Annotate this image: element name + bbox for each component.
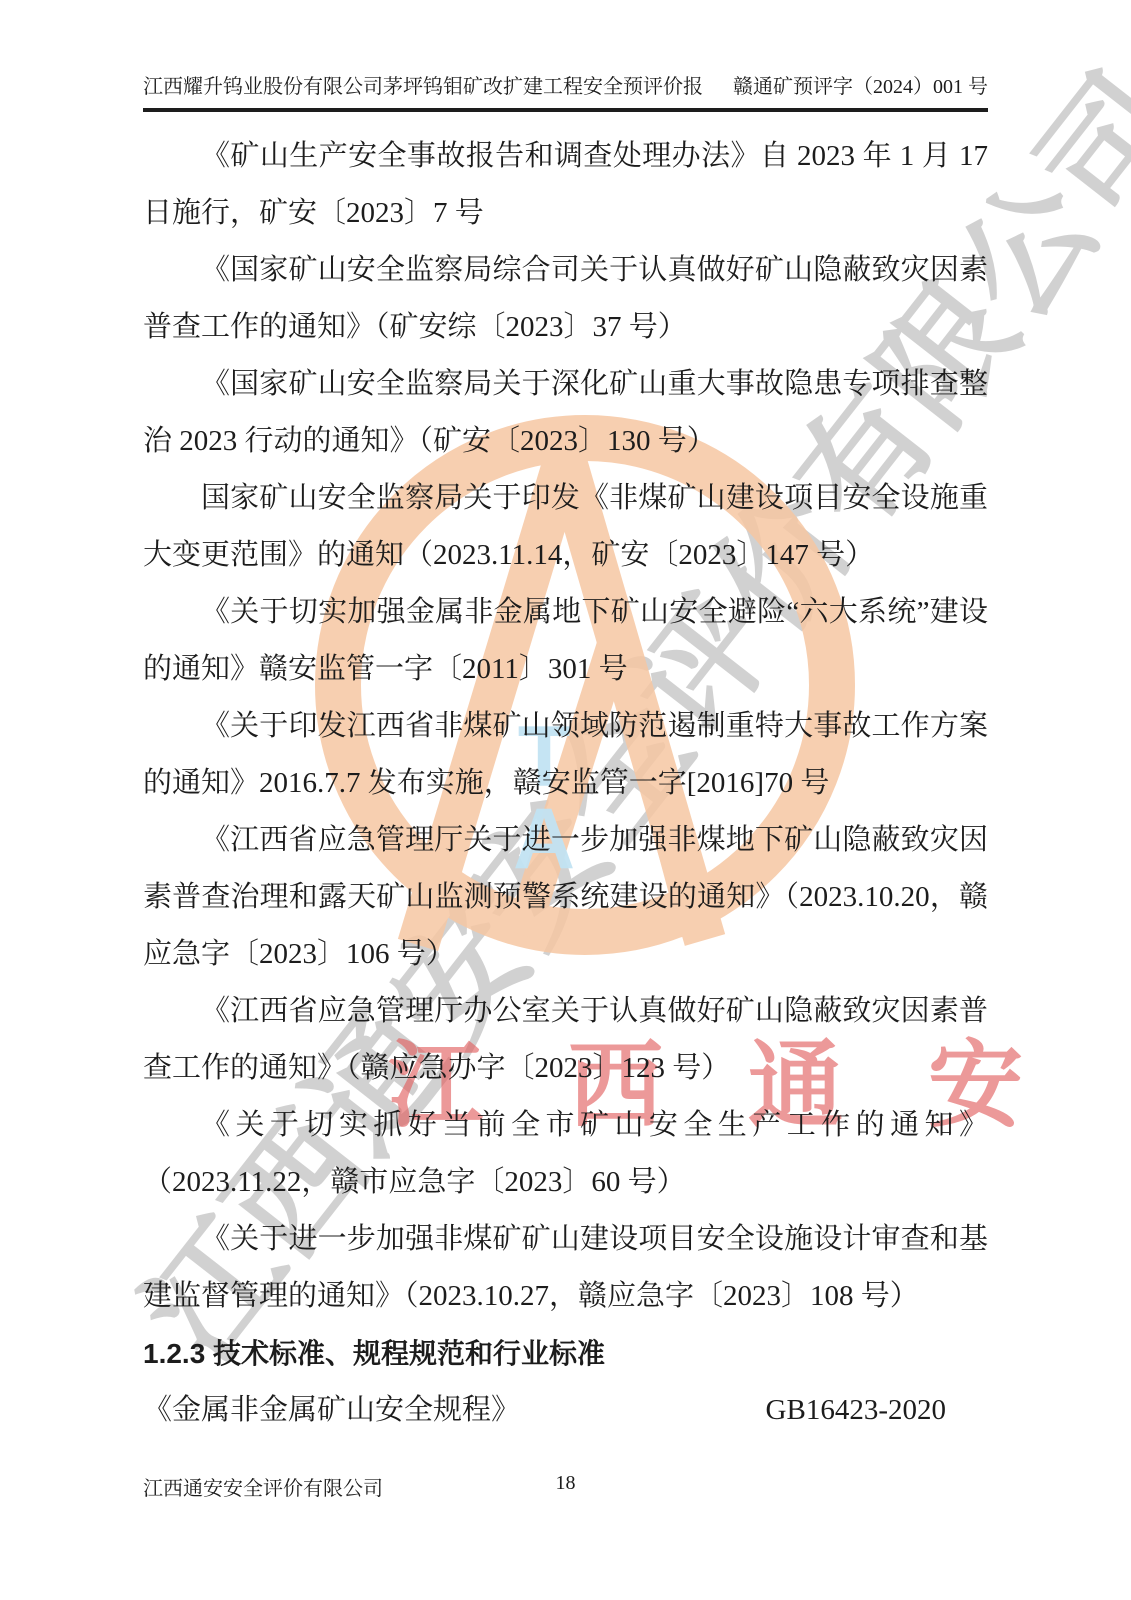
body-paragraph: 《关于切实抓好当前全市矿山安全生产工作的通知》（2023.11.22，赣市应急字… — [143, 1097, 988, 1211]
section-heading: 1.2.3 技术标准、规程规范和行业标准 — [143, 1325, 988, 1382]
body-paragraph: 《国家矿山安全监察局关于深化矿山重大事故隐患专项排查整治 2023 行动的通知》… — [143, 356, 988, 470]
body-paragraph: 《关于切实加强金属非金属地下矿山安全避险“六大系统”建设的通知》赣安监管一字〔2… — [143, 584, 988, 698]
body-paragraph: 《关于进一步加强非煤矿矿山建设项目安全设施设计审查和基建监督管理的通知》（202… — [143, 1211, 988, 1325]
body-paragraph: 《国家矿山安全监察局综合司关于认真做好矿山隐蔽致灾因素普查工作的通知》（矿安综〔… — [143, 242, 988, 356]
standard-name: 《金属非金属矿山安全规程》 — [143, 1382, 520, 1439]
header-report-title: 江西耀升钨业股份有限公司茅坪钨钼矿改扩建工程安全预评价报 — [143, 70, 703, 99]
page-number: 18 — [143, 1472, 988, 1495]
document-body: 《矿山生产安全事故报告和调查处理办法》自 2023 年 1 月 17 日施行，矿… — [143, 128, 988, 1439]
document-page: 江西通安安全评价有限公司 TA 江西通安 江西耀升钨业股份有限公司茅坪钨钼矿改扩… — [0, 0, 1131, 1600]
standard-row: 《金属非金属矿山安全规程》 GB16423-2020 — [143, 1382, 988, 1439]
standard-code: GB16423-2020 — [766, 1382, 988, 1439]
page-header: 江西耀升钨业股份有限公司茅坪钨钼矿改扩建工程安全预评价报 赣通矿预评字（2024… — [143, 70, 988, 112]
body-paragraph: 《矿山生产安全事故报告和调查处理办法》自 2023 年 1 月 17 日施行，矿… — [143, 128, 988, 242]
body-paragraph: 《江西省应急管理厅办公室关于认真做好矿山隐蔽致灾因素普查工作的通知》（赣应急办字… — [143, 983, 988, 1097]
body-paragraph: 《江西省应急管理厅关于进一步加强非煤地下矿山隐蔽致灾因素普查治理和露天矿山监测预… — [143, 812, 988, 983]
regulation-list: 《矿山生产安全事故报告和调查处理办法》自 2023 年 1 月 17 日施行，矿… — [143, 128, 988, 1325]
header-doc-number: 赣通矿预评字（2024）001 号 — [733, 70, 988, 99]
body-paragraph: 国家矿山安全监察局关于印发《非煤矿山建设项目安全设施重大变更范围》的通知（202… — [143, 470, 988, 584]
body-paragraph: 《关于印发江西省非煤矿山领域防范遏制重特大事故工作方案的通知》2016.7.7 … — [143, 698, 988, 812]
